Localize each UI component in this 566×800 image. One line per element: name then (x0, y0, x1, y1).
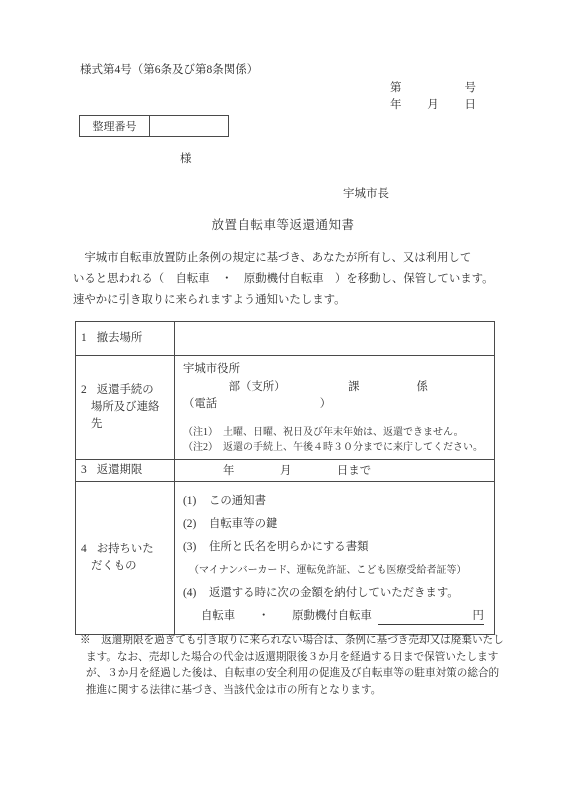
list-item: (1)この通知書 (183, 490, 488, 513)
footnote-line: ます。なお、売却した場合の代金は返還期限後３か月を経過する日まで保管いたします (80, 650, 516, 667)
body-paragraph: 宇城市自転車放置防止条例の規定に基づき、あなたが所有し、又は利用して いると思わ… (73, 248, 503, 311)
row3-label-cell: 3返還期限 (76, 459, 175, 481)
row1-number: 1 (81, 330, 87, 347)
phone-line: （電話 ） (183, 396, 488, 414)
body-line: いると思われる（ 自転車 ・ 原動機付自転車 ）を移動し、保管しています。 (73, 269, 503, 290)
row2-number: 2 (81, 382, 87, 399)
row2-value-cell: 宇城市役所 部（支所） 課 係 （電話 ） （注1） 土曜、日曜、祝日及び年末年… (175, 356, 495, 460)
date-year-label: 年 (390, 96, 402, 112)
document-number-prefix: 第 (390, 79, 402, 95)
item-1-text: この通知書 (209, 495, 266, 507)
row1-label: 撤去場所 (97, 332, 143, 344)
row2-label-line: 場所及び連絡 (81, 399, 170, 416)
footnote: ※ 返還期限を過ぎても引き取りに来られない場合は、条例に基づき売却又は廃棄いたし… (80, 633, 516, 699)
note-2: （注2） 返還の手続上、午後４時３０分までに来庁してください。 (183, 440, 488, 455)
reference-number-box: 整理番号 (79, 115, 229, 137)
notice-table: 1撤去場所 2返還手続の 場所及び連絡 先 宇城市役所 部（支所） 課 係 （電… (75, 321, 495, 635)
body-line: 速やかに引き取りに来られますよう通知いたします。 (73, 290, 503, 311)
row2-label-line: 先 (81, 416, 170, 433)
footnote-line: 推進に関する法律に基づき、当該代金は市の所有となります。 (80, 683, 516, 700)
fee-vehicle-options: 自転車 ・ 原動機付自転車 (201, 610, 372, 622)
document-title: 放置自転車等返還通知書 (0, 215, 566, 233)
table-row-removal-location: 1撤去場所 (76, 322, 495, 356)
issue-date-line: 年 月 日 (390, 96, 476, 112)
id-documents-note: （マイナンバーカード、運転免許証、こども医療受給者証等） (183, 559, 488, 582)
item-4-number: (4) (183, 582, 209, 605)
date-day-label: 日 (465, 96, 477, 112)
document-page: 様式第4号（第6条及び第8条関係） 第 号 年 月 日 整理番号 様 宇城市長 … (0, 0, 566, 800)
sender-name: 宇城市長 (343, 185, 389, 201)
document-number-suffix: 号 (465, 79, 477, 95)
table-row-items-to-bring: 4お持ちいた だくもの (1)この通知書 (2)自転車等の鍵 (3)住所と氏名を… (76, 481, 495, 634)
date-month-label: 月 (427, 96, 439, 112)
body-line: 宇城市自転車放置防止条例の規定に基づき、あなたが所有し、又は利用して (73, 248, 503, 269)
reference-number-label: 整理番号 (80, 116, 150, 136)
row1-label-cell: 1撤去場所 (76, 322, 175, 356)
item-2-number: (2) (183, 513, 209, 536)
list-item: (2)自転車等の鍵 (183, 513, 488, 536)
item-3-text: 住所と氏名を明らかにする書類 (209, 541, 368, 553)
list-item: (3)住所と氏名を明らかにする書類 (183, 536, 488, 559)
row2-label-cell: 2返還手続の 場所及び連絡 先 (76, 356, 175, 460)
department-section-line: 部（支所） 課 係 (183, 379, 488, 397)
row1-value-cell (175, 322, 495, 356)
row3-label: 返還期限 (97, 464, 143, 476)
item-2-text: 自転車等の鍵 (209, 518, 277, 530)
item-3-number: (3) (183, 536, 209, 559)
list-item: (4)返還する時に次の金額を納付していただきます。 (183, 582, 488, 605)
addressee-suffix: 様 (180, 150, 192, 166)
row2-label-line: 返還手続の (97, 384, 154, 396)
table-row-return-deadline: 3返還期限 年 月 日まで (76, 459, 495, 481)
row4-label-line: お持ちいた (97, 543, 154, 555)
note-1: （注1） 土曜、日曜、祝日及び年末年始は、返還できません。 (183, 425, 488, 440)
reference-number-value (150, 116, 228, 136)
document-number-line: 第 号 (390, 79, 476, 95)
footnote-line: ※ 返還期限を過ぎても引き取りに来られない場合は、条例に基づき売却又は廃棄いたし (80, 633, 516, 650)
footnote-line: が、３か月を経過した後は、自転車の安全利用の促進及び自転車等の駐車対策の総合的 (80, 666, 516, 683)
row4-value-cell: (1)この通知書 (2)自転車等の鍵 (3)住所と氏名を明らかにする書類 （マイ… (175, 481, 495, 634)
fee-line: 自転車 ・ 原動機付自転車円 (183, 605, 488, 628)
office-name: 宇城市役所 (183, 361, 488, 379)
form-number: 様式第4号（第6条及び第8条関係） (80, 61, 258, 77)
row4-number: 4 (81, 541, 87, 558)
item-4-text: 返還する時に次の金額を納付していただきます。 (209, 587, 459, 599)
item-1-number: (1) (183, 490, 209, 513)
table-row-return-procedure: 2返還手続の 場所及び連絡 先 宇城市役所 部（支所） 課 係 （電話 ） （注… (76, 356, 495, 460)
row3-number: 3 (81, 462, 87, 479)
row4-label-line: だくもの (81, 558, 170, 575)
row3-value-cell: 年 月 日まで (175, 459, 495, 481)
fee-amount-blank: 円 (378, 609, 484, 625)
row4-label-cell: 4お持ちいた だくもの (76, 481, 175, 634)
